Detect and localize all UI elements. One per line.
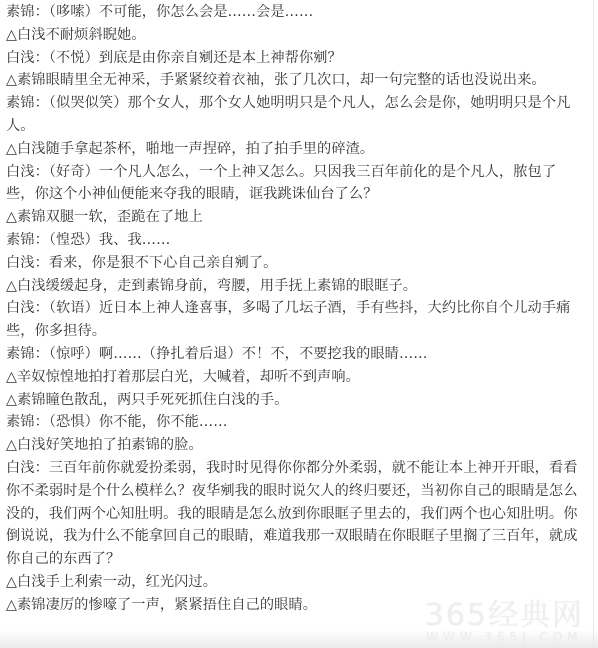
dialogue-line: 素锦：（恐惧）你不能，你不能…… (6, 411, 588, 434)
page-edge-divider (593, 0, 594, 648)
action-line: △素锦双腿一软，歪跪在了地上 (6, 206, 588, 229)
action-line: △素锦眼睛里全无神采，手紧紧绞着衣袖，张了几次口，却一句完整的话也没说出来。 (6, 69, 588, 92)
action-line: △素锦凄厉的惨嚎了一声，紧紧捂住自己的眼睛。 (6, 594, 588, 617)
dialogue-line: 白浅：三百年前你就爱扮柔弱，我时时见得你你都分外柔弱，就不能让本上神开开眼，看看 (6, 457, 588, 480)
bottom-shadow (0, 630, 598, 648)
dialogue-line-continuation: 些，你多担待。 (6, 320, 588, 343)
dialogue-line: 白浅：（不悦）到底是由你亲自剜还是本上神帮你剜？ (6, 47, 588, 70)
dialogue-line-continuation: 些，你这个小神仙便能来夺我的眼睛，诓我跳诛仙台了么？ (6, 183, 588, 206)
script-page: 素锦：（哆嗦）不可能，你怎么会是……会是…… △白浅不耐烦斜睨她。 白浅：（不悦… (0, 0, 598, 648)
action-line: △白浅手上利索一动，红光闪过。 (6, 571, 588, 594)
dialogue-line-continuation: 倒说说，我为什么不能拿回自己的眼睛，难道我那一双眼睛在你眼眶子里搁了三百年，就成 (6, 525, 588, 548)
action-line: △辛奴惊惶地拍打着那层白光，大喊着，却听不到声响。 (6, 366, 588, 389)
dialogue-line-continuation: 你自己的东西了？ (6, 548, 588, 571)
dialogue-line: 素锦：（似哭似笑）那个女人，那个女人她明明只是个凡人，怎么会是你，她明明只是个凡 (6, 92, 588, 115)
dialogue-line: 素锦：（惊呼）啊……（挣扎着后退）不！不，不要挖我的眼睛…… (6, 343, 588, 366)
script-text-block: 素锦：（哆嗦）不可能，你怎么会是……会是…… △白浅不耐烦斜睨她。 白浅：（不悦… (6, 1, 588, 617)
action-line: △白浅不耐烦斜睨她。 (6, 24, 588, 47)
action-line: △白浅缓缓起身，走到素锦身前，弯腰，用手抚上素锦的眼眶子。 (6, 275, 588, 298)
action-line: △素锦瞳色散乱，两只手死死抓住白浅的手。 (6, 389, 588, 412)
dialogue-line: 白浅：（好奇）一个凡人怎么，一个上神又怎么。只因我三百年前化的是个凡人，脓包了 (6, 161, 588, 184)
dialogue-line: 素锦：（哆嗦）不可能，你怎么会是……会是…… (6, 1, 588, 24)
dialogue-line: 素锦：（惶恐）我、我…… (6, 229, 588, 252)
dialogue-line: 白浅：看来，你是狠不下心自己亲自剜了。 (6, 252, 588, 275)
dialogue-line-continuation: 没的，我们两个心知肚明。我的眼睛是怎么放到你眼眶子里去的，我们两个也心知肚明。你 (6, 503, 588, 526)
dialogue-line-continuation: 人。 (6, 115, 588, 138)
action-line: △白浅随手拿起茶杯，啪地一声捏碎，拍了拍手里的碎渣。 (6, 138, 588, 161)
action-line: △白浅好笑地拍了拍素锦的脸。 (6, 434, 588, 457)
dialogue-line: 白浅：（软语）近日本上神人逢喜事，多喝了几坛子酒，手有些抖，大约比你自个儿动手痛 (6, 297, 588, 320)
dialogue-line-continuation: 你不柔弱时是个什么模样么？夜华剜我的眼时说欠人的终归要还，当初你自己的眼睛是怎么 (6, 480, 588, 503)
